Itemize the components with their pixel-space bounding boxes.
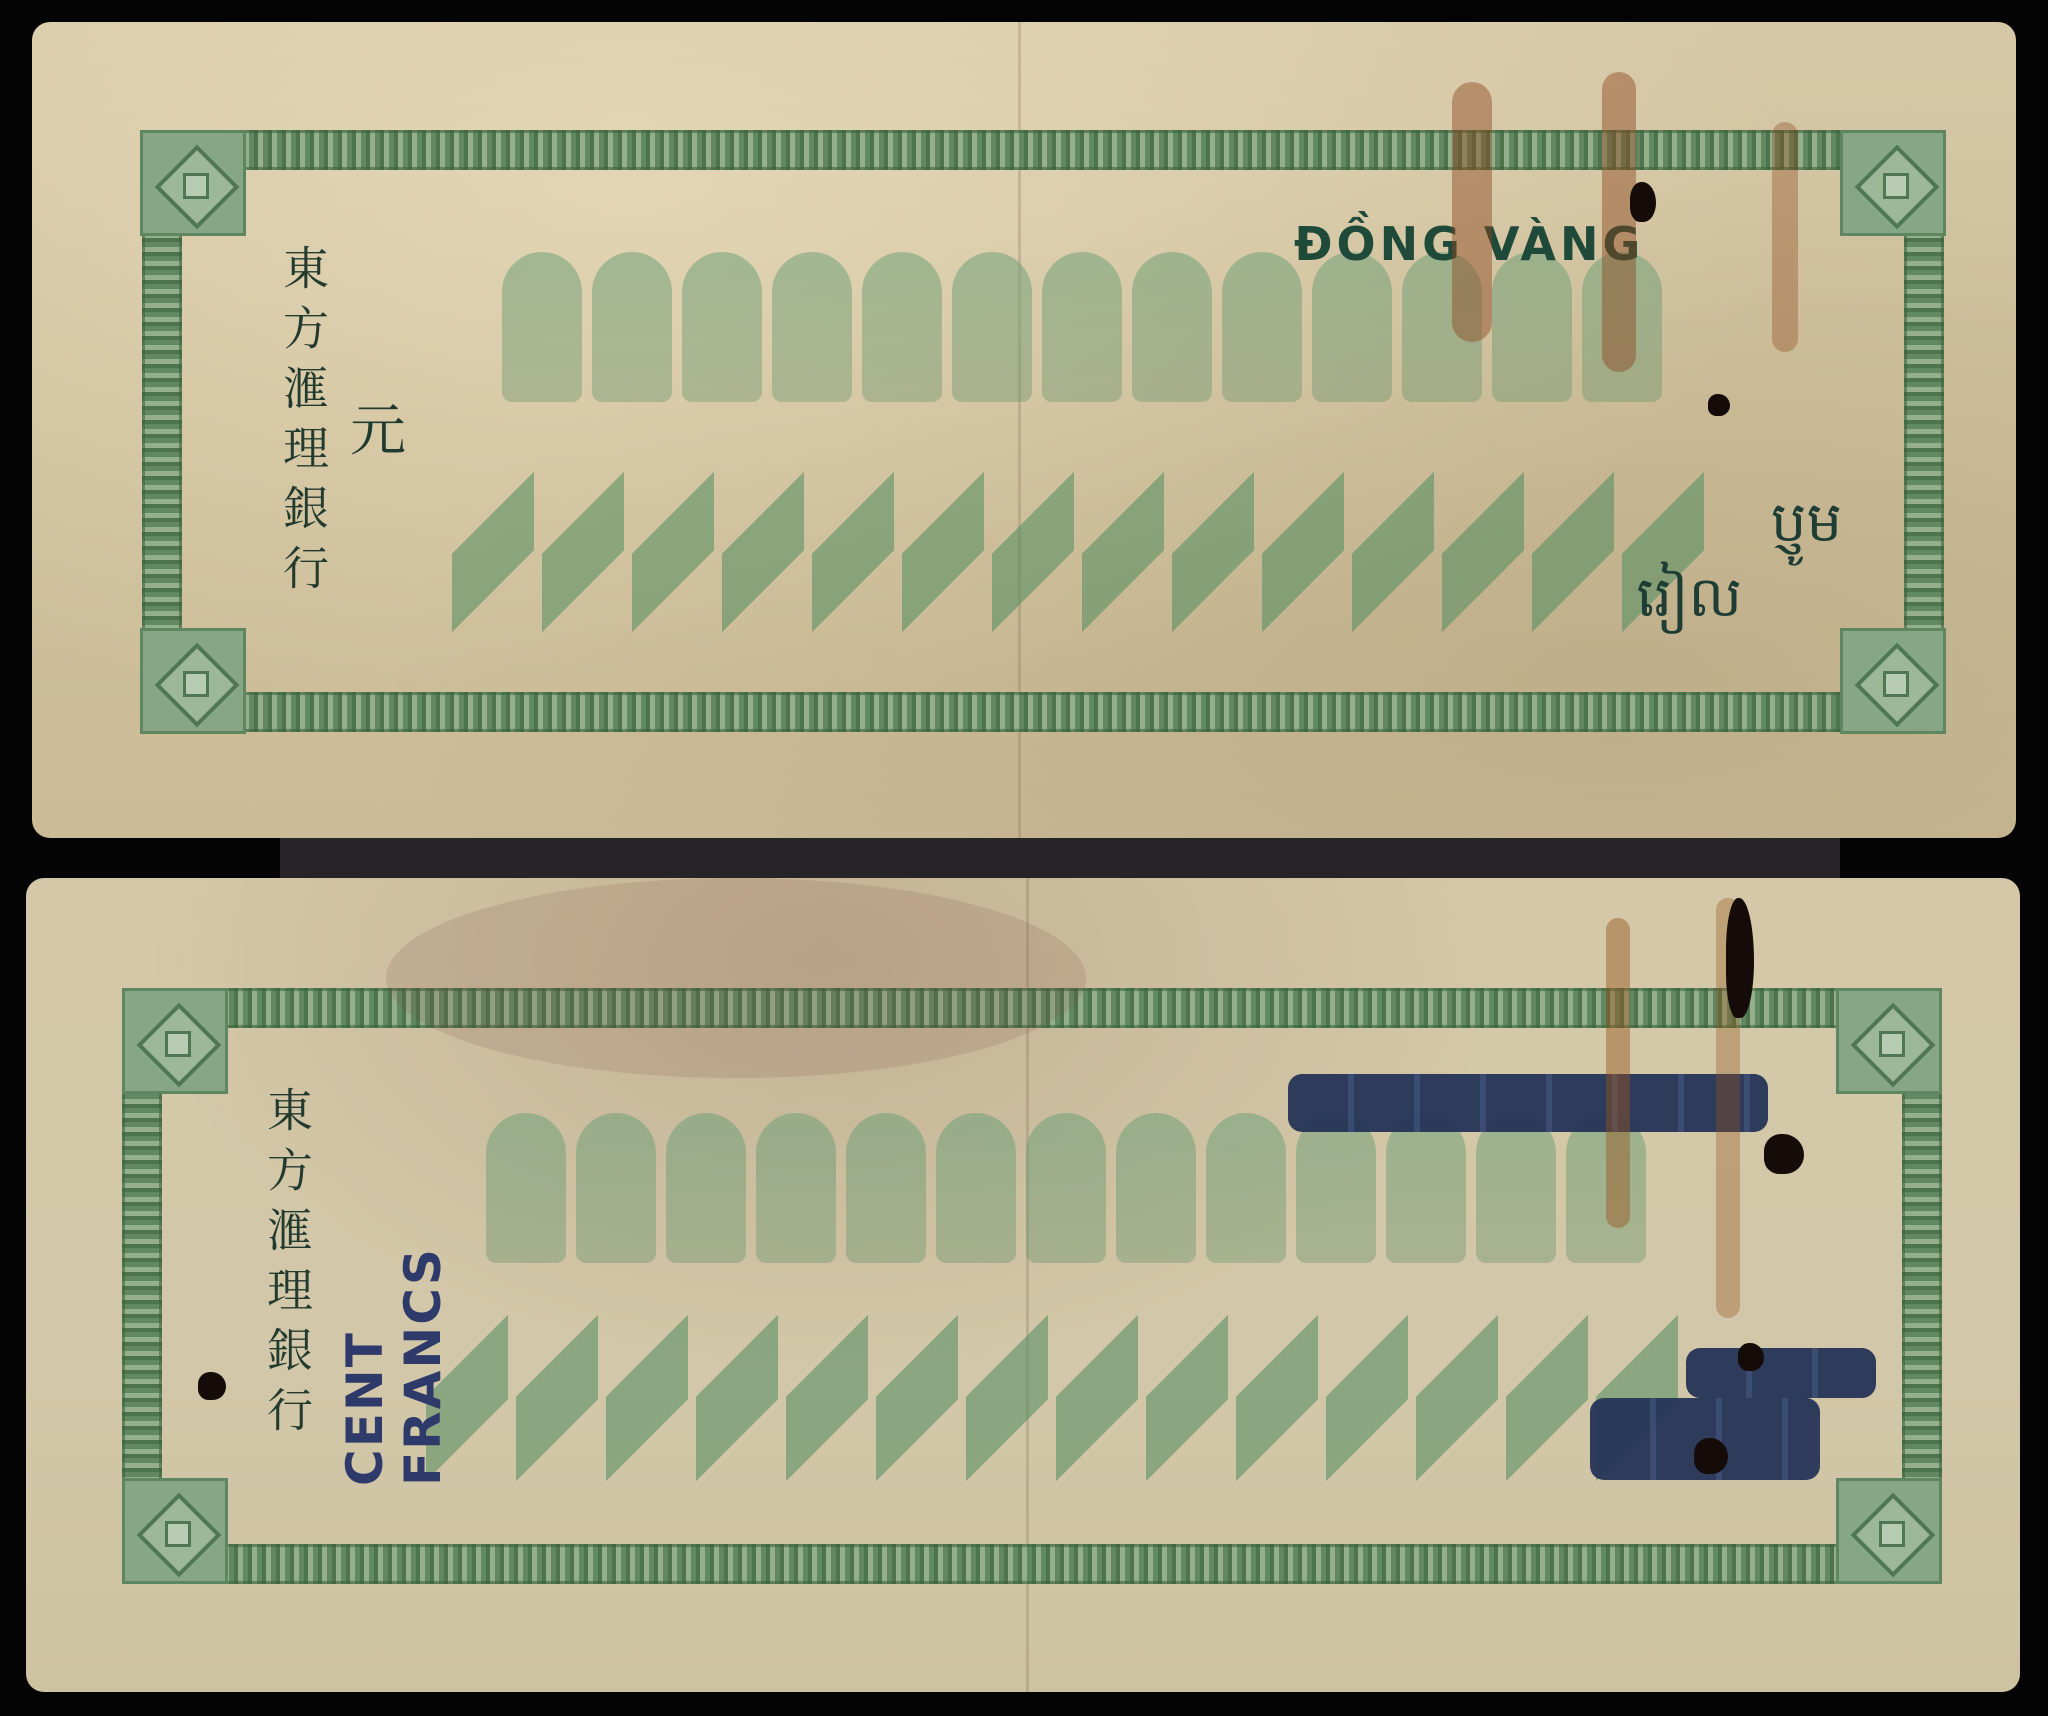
corner-ornament bbox=[140, 628, 246, 734]
chinese-unit: 元 bbox=[350, 387, 406, 467]
hole bbox=[198, 1372, 226, 1400]
corner-ornament bbox=[140, 130, 246, 236]
hole bbox=[1694, 1438, 1728, 1474]
chinese-bank-name: 東方滙理銀行 bbox=[264, 1086, 310, 1446]
corner-ornament bbox=[1836, 1478, 1942, 1584]
hole bbox=[1738, 1343, 1764, 1371]
overprint-chars bbox=[1686, 1348, 1876, 1398]
overprint-band bbox=[1288, 1074, 1768, 1132]
apsara-row-upper bbox=[486, 1113, 1646, 1263]
rust-stain bbox=[1606, 918, 1630, 1228]
khmer-line2: រៀល bbox=[1572, 567, 1742, 629]
banknote-top: 東方滙理銀行 元 ĐỒNG VÀNG ប្ញូម រៀល bbox=[32, 22, 2016, 838]
hole bbox=[1726, 898, 1754, 1018]
corner-ornament bbox=[1840, 130, 1946, 236]
chinese-bank-name: 東方滙理銀行 bbox=[280, 244, 326, 604]
overprint-denomination: CENT FRANCS bbox=[336, 1086, 452, 1486]
apsara-row-lower bbox=[452, 462, 1704, 642]
banknote-bottom: 東方滙理銀行 CENT FRANCS bbox=[26, 878, 2020, 1692]
background-gap bbox=[280, 838, 1840, 880]
border-bottom bbox=[142, 692, 1942, 732]
corner-ornament bbox=[1836, 988, 1942, 1094]
rust-stain bbox=[1452, 82, 1492, 342]
rust-stain bbox=[1602, 72, 1636, 372]
corner-ornament bbox=[122, 988, 228, 1094]
border-top bbox=[142, 130, 1942, 170]
corner-ornament bbox=[122, 1478, 228, 1584]
khmer-line1: ប្ញូម bbox=[1672, 492, 1842, 554]
rust-stain bbox=[1772, 122, 1798, 352]
hole bbox=[1630, 182, 1656, 222]
discoloration bbox=[386, 878, 1086, 1078]
corner-ornament bbox=[1840, 628, 1946, 734]
hole bbox=[1764, 1134, 1804, 1174]
apsara-row-lower bbox=[426, 1298, 1678, 1498]
hole bbox=[1708, 394, 1730, 416]
border-bottom bbox=[122, 1544, 1942, 1584]
